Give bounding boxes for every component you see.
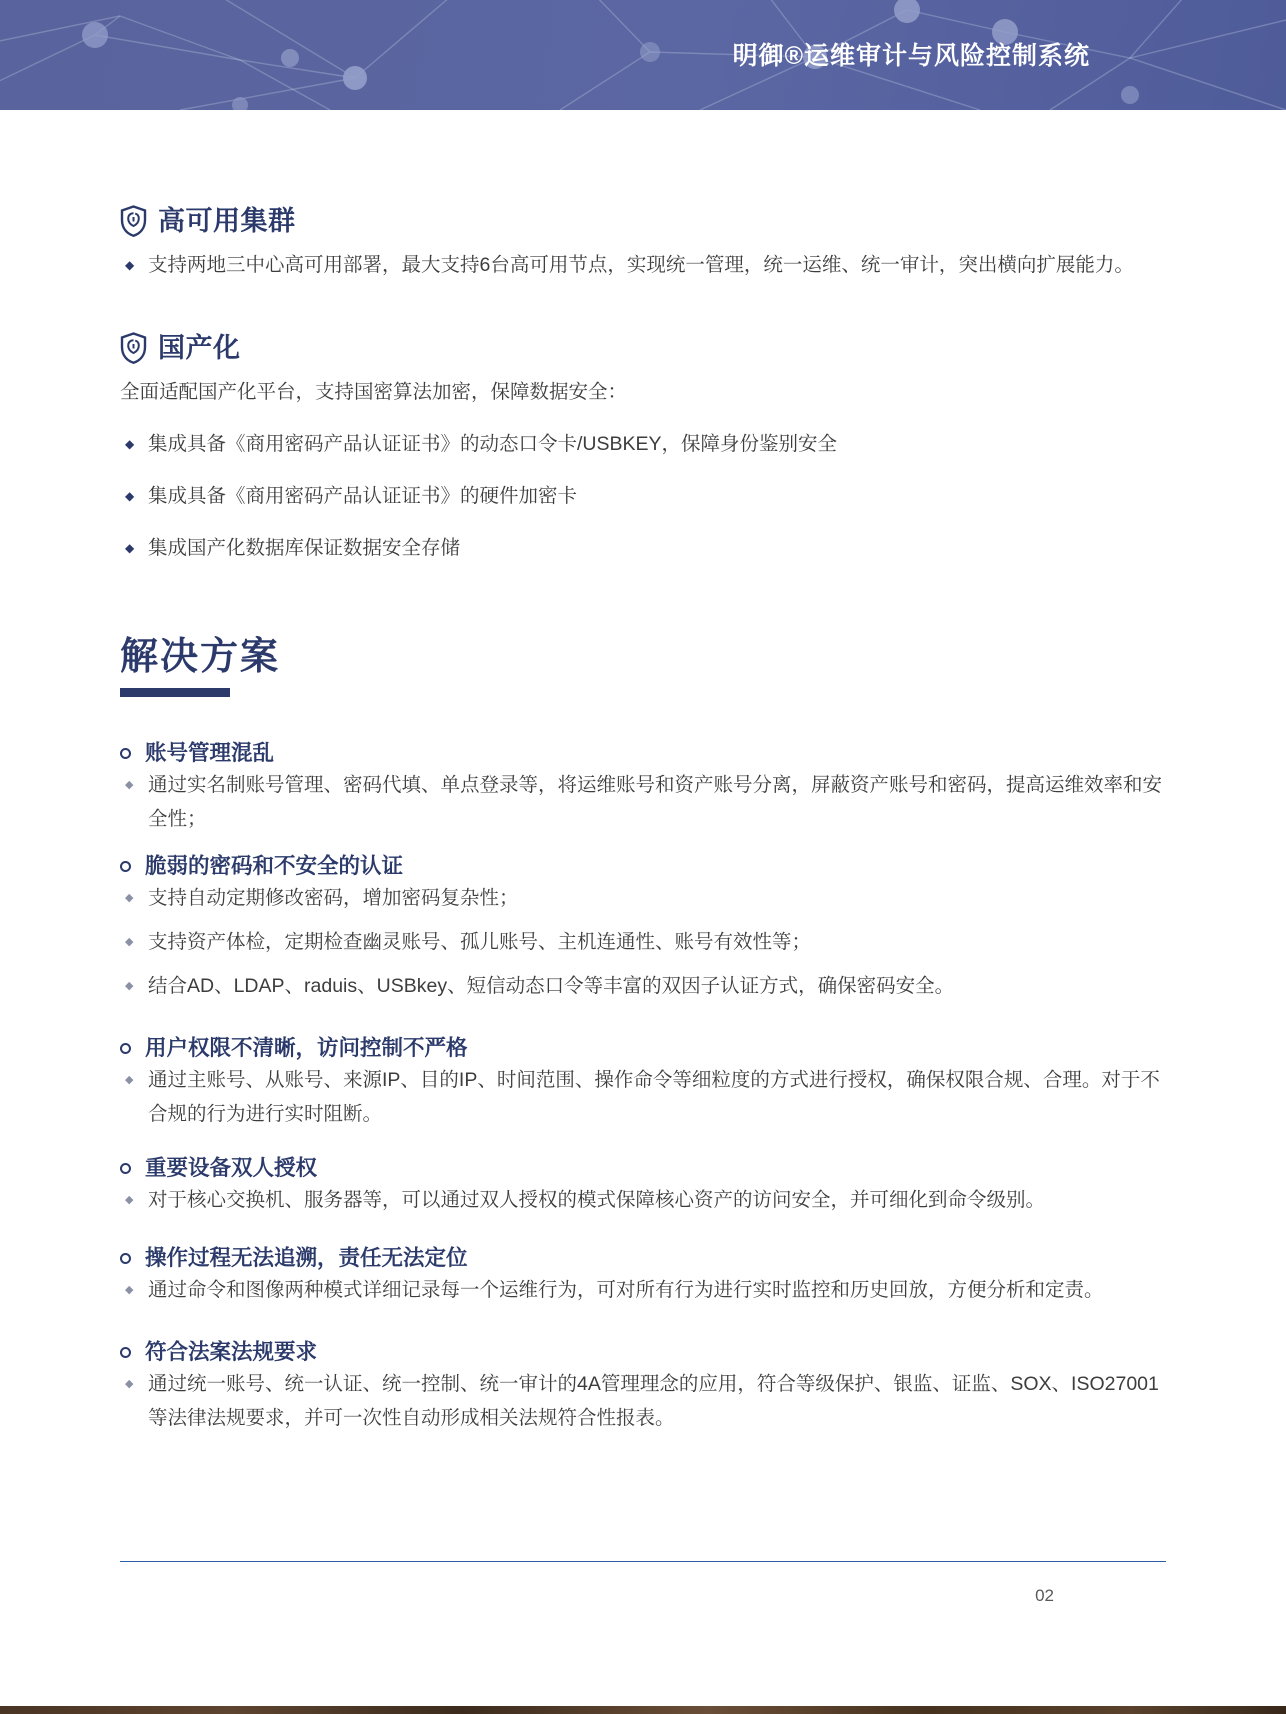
solution-title: 符合法案法规要求: [145, 1337, 317, 1367]
solution-bullet: 对于核心交换机、服务器等，可以通过双人授权的模式保障核心资产的访问安全，并可细化…: [120, 1183, 1166, 1217]
solution-bullet: 结合AD、LDAP、raduis、USBkey、短信动态口令等丰富的双因子认证方…: [120, 969, 1166, 1003]
circle-bullet-icon: [120, 861, 131, 872]
solution-title: 账号管理混乱: [145, 738, 274, 768]
solution-title: 操作过程无法追溯，责任无法定位: [145, 1243, 468, 1273]
section-title: 国产化: [158, 332, 241, 364]
shield-icon: [120, 205, 147, 237]
solution-bullet: 通过主账号、从账号、来源IP、目的IP、时间范围、操作命令等细粒度的方式进行授权…: [120, 1063, 1166, 1131]
bullet-item: 支持两地三中心高可用部署，最大支持6台高可用节点，实现统一管理，统一运维、统一审…: [120, 248, 1166, 282]
section-heading-localization: 国产化: [120, 332, 1166, 364]
document-page: 明御®运维审计与风险控制系统 高可用集群 支持两地三中心高可用部署，最大支持6台…: [0, 0, 1286, 1714]
circle-bullet-icon: [120, 1043, 131, 1054]
circle-bullet-icon: [120, 748, 131, 759]
solution-bullet: 通过命令和图像两种模式详细记录每一个运维行为，可对所有行为进行实时监控和历史回放…: [120, 1273, 1166, 1307]
solution-bullet: 通过统一账号、统一认证、统一控制、统一审计的4A管理理念的应用，符合等级保护、银…: [120, 1367, 1166, 1435]
solution-bullet: 支持自动定期修改密码，增加密码复杂性；: [120, 881, 1166, 915]
circle-bullet-icon: [120, 1347, 131, 1358]
section-title: 高可用集群: [158, 205, 296, 237]
page-content: 高可用集群 支持两地三中心高可用部署，最大支持6台高可用节点，实现统一管理，统一…: [0, 205, 1286, 1435]
product-title: 明御®运维审计与风险控制系统: [733, 36, 1090, 72]
title-underline-bar: [120, 688, 230, 697]
solution-title: 脆弱的密码和不安全的认证: [145, 851, 403, 881]
solution-heading: 操作过程无法追溯，责任无法定位: [120, 1243, 1166, 1273]
page-header-banner: 明御®运维审计与风险控制系统: [0, 0, 1286, 110]
bottom-photo-edge-strip: [0, 1706, 1286, 1714]
shield-icon: [120, 332, 147, 364]
solution-heading: 脆弱的密码和不安全的认证: [120, 851, 1166, 881]
section-intro: 全面适配国产化平台，支持国密算法加密，保障数据安全：: [120, 375, 1166, 409]
bullet-item: 集成具备《商用密码产品认证证书》的硬件加密卡: [120, 479, 1166, 513]
page-number: 02: [1035, 1586, 1054, 1606]
solution-heading: 重要设备双人授权: [120, 1153, 1166, 1183]
network-pattern-decoration: [0, 0, 1286, 110]
circle-bullet-icon: [120, 1253, 131, 1264]
solution-heading: 账号管理混乱: [120, 738, 1166, 768]
solution-heading: 符合法案法规要求: [120, 1337, 1166, 1367]
footer-divider-line: [120, 1561, 1166, 1562]
solutions-main-title: 解决方案: [120, 633, 1166, 681]
solution-heading: 用户权限不清晰，访问控制不严格: [120, 1033, 1166, 1063]
bullet-item: 集成具备《商用密码产品认证证书》的动态口令卡/USBKEY，保障身份鉴别安全: [120, 427, 1166, 461]
solution-bullet: 通过实名制账号管理、密码代填、单点登录等，将运维账号和资产账号分离，屏蔽资产账号…: [120, 768, 1166, 836]
solution-title: 重要设备双人授权: [145, 1153, 317, 1183]
bullet-item: 集成国产化数据库保证数据安全存储: [120, 531, 1166, 565]
solution-bullet: 支持资产体检，定期检查幽灵账号、孤儿账号、主机连通性、账号有效性等；: [120, 925, 1166, 959]
solution-title: 用户权限不清晰，访问控制不严格: [145, 1033, 468, 1063]
section-heading-ha-cluster: 高可用集群: [120, 205, 1166, 237]
circle-bullet-icon: [120, 1163, 131, 1174]
